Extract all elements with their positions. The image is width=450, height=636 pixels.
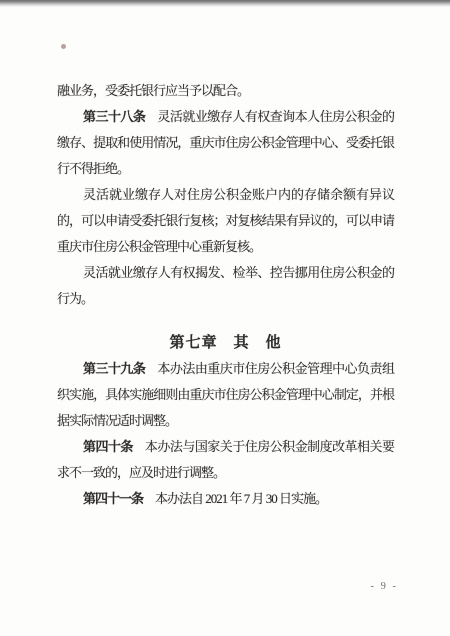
paragraph-report-rights: 灵活就业缴存人有权揭发、检举、控告挪用住房公积金的行为。	[57, 260, 394, 312]
scan-top-edge	[0, 0, 450, 7]
article-41-text: 本办法自 2021 年 7 月 30 日实施。	[155, 491, 327, 506]
paragraph-article-40: 第四十条本办法与国家关于住房公积金制度改革相关要求不一致的，应及时进行调整。	[57, 434, 394, 486]
paragraph-article-41: 第四十一条本办法自 2021 年 7 月 30 日实施。	[57, 486, 394, 512]
document-body: 融业务，受委托银行应当予以配合。 第三十八条灵活就业缴存人有权查询本人住房公积金…	[57, 78, 394, 512]
paragraph-review-rights: 灵活就业缴存人对住房公积金账户内的存储余额有异议的，可以申请受委托银行复核；对复…	[57, 182, 394, 260]
scanned-document-page: 融业务，受委托银行应当予以配合。 第三十八条灵活就业缴存人有权查询本人住房公积金…	[0, 0, 450, 636]
chapter-7-heading: 第七章 其 他	[57, 330, 394, 356]
article-39-number: 第三十九条	[83, 361, 157, 376]
paragraph-continuation: 融业务，受委托银行应当予以配合。	[57, 78, 394, 104]
scan-speck-artifact	[61, 44, 66, 49]
article-41-number: 第四十一条	[83, 491, 155, 506]
page-number: - 9 -	[371, 581, 399, 592]
paragraph-article-39: 第三十九条本办法由重庆市住房公积金管理中心负责组织实施，具体实施细则由重庆市住房…	[57, 356, 394, 434]
paragraph-article-38: 第三十八条灵活就业缴存人有权查询本人住房公积金的缴存、提取和使用情况，重庆市住房…	[57, 104, 394, 182]
article-38-number: 第三十八条	[83, 109, 157, 124]
article-40-number: 第四十条	[83, 439, 145, 454]
